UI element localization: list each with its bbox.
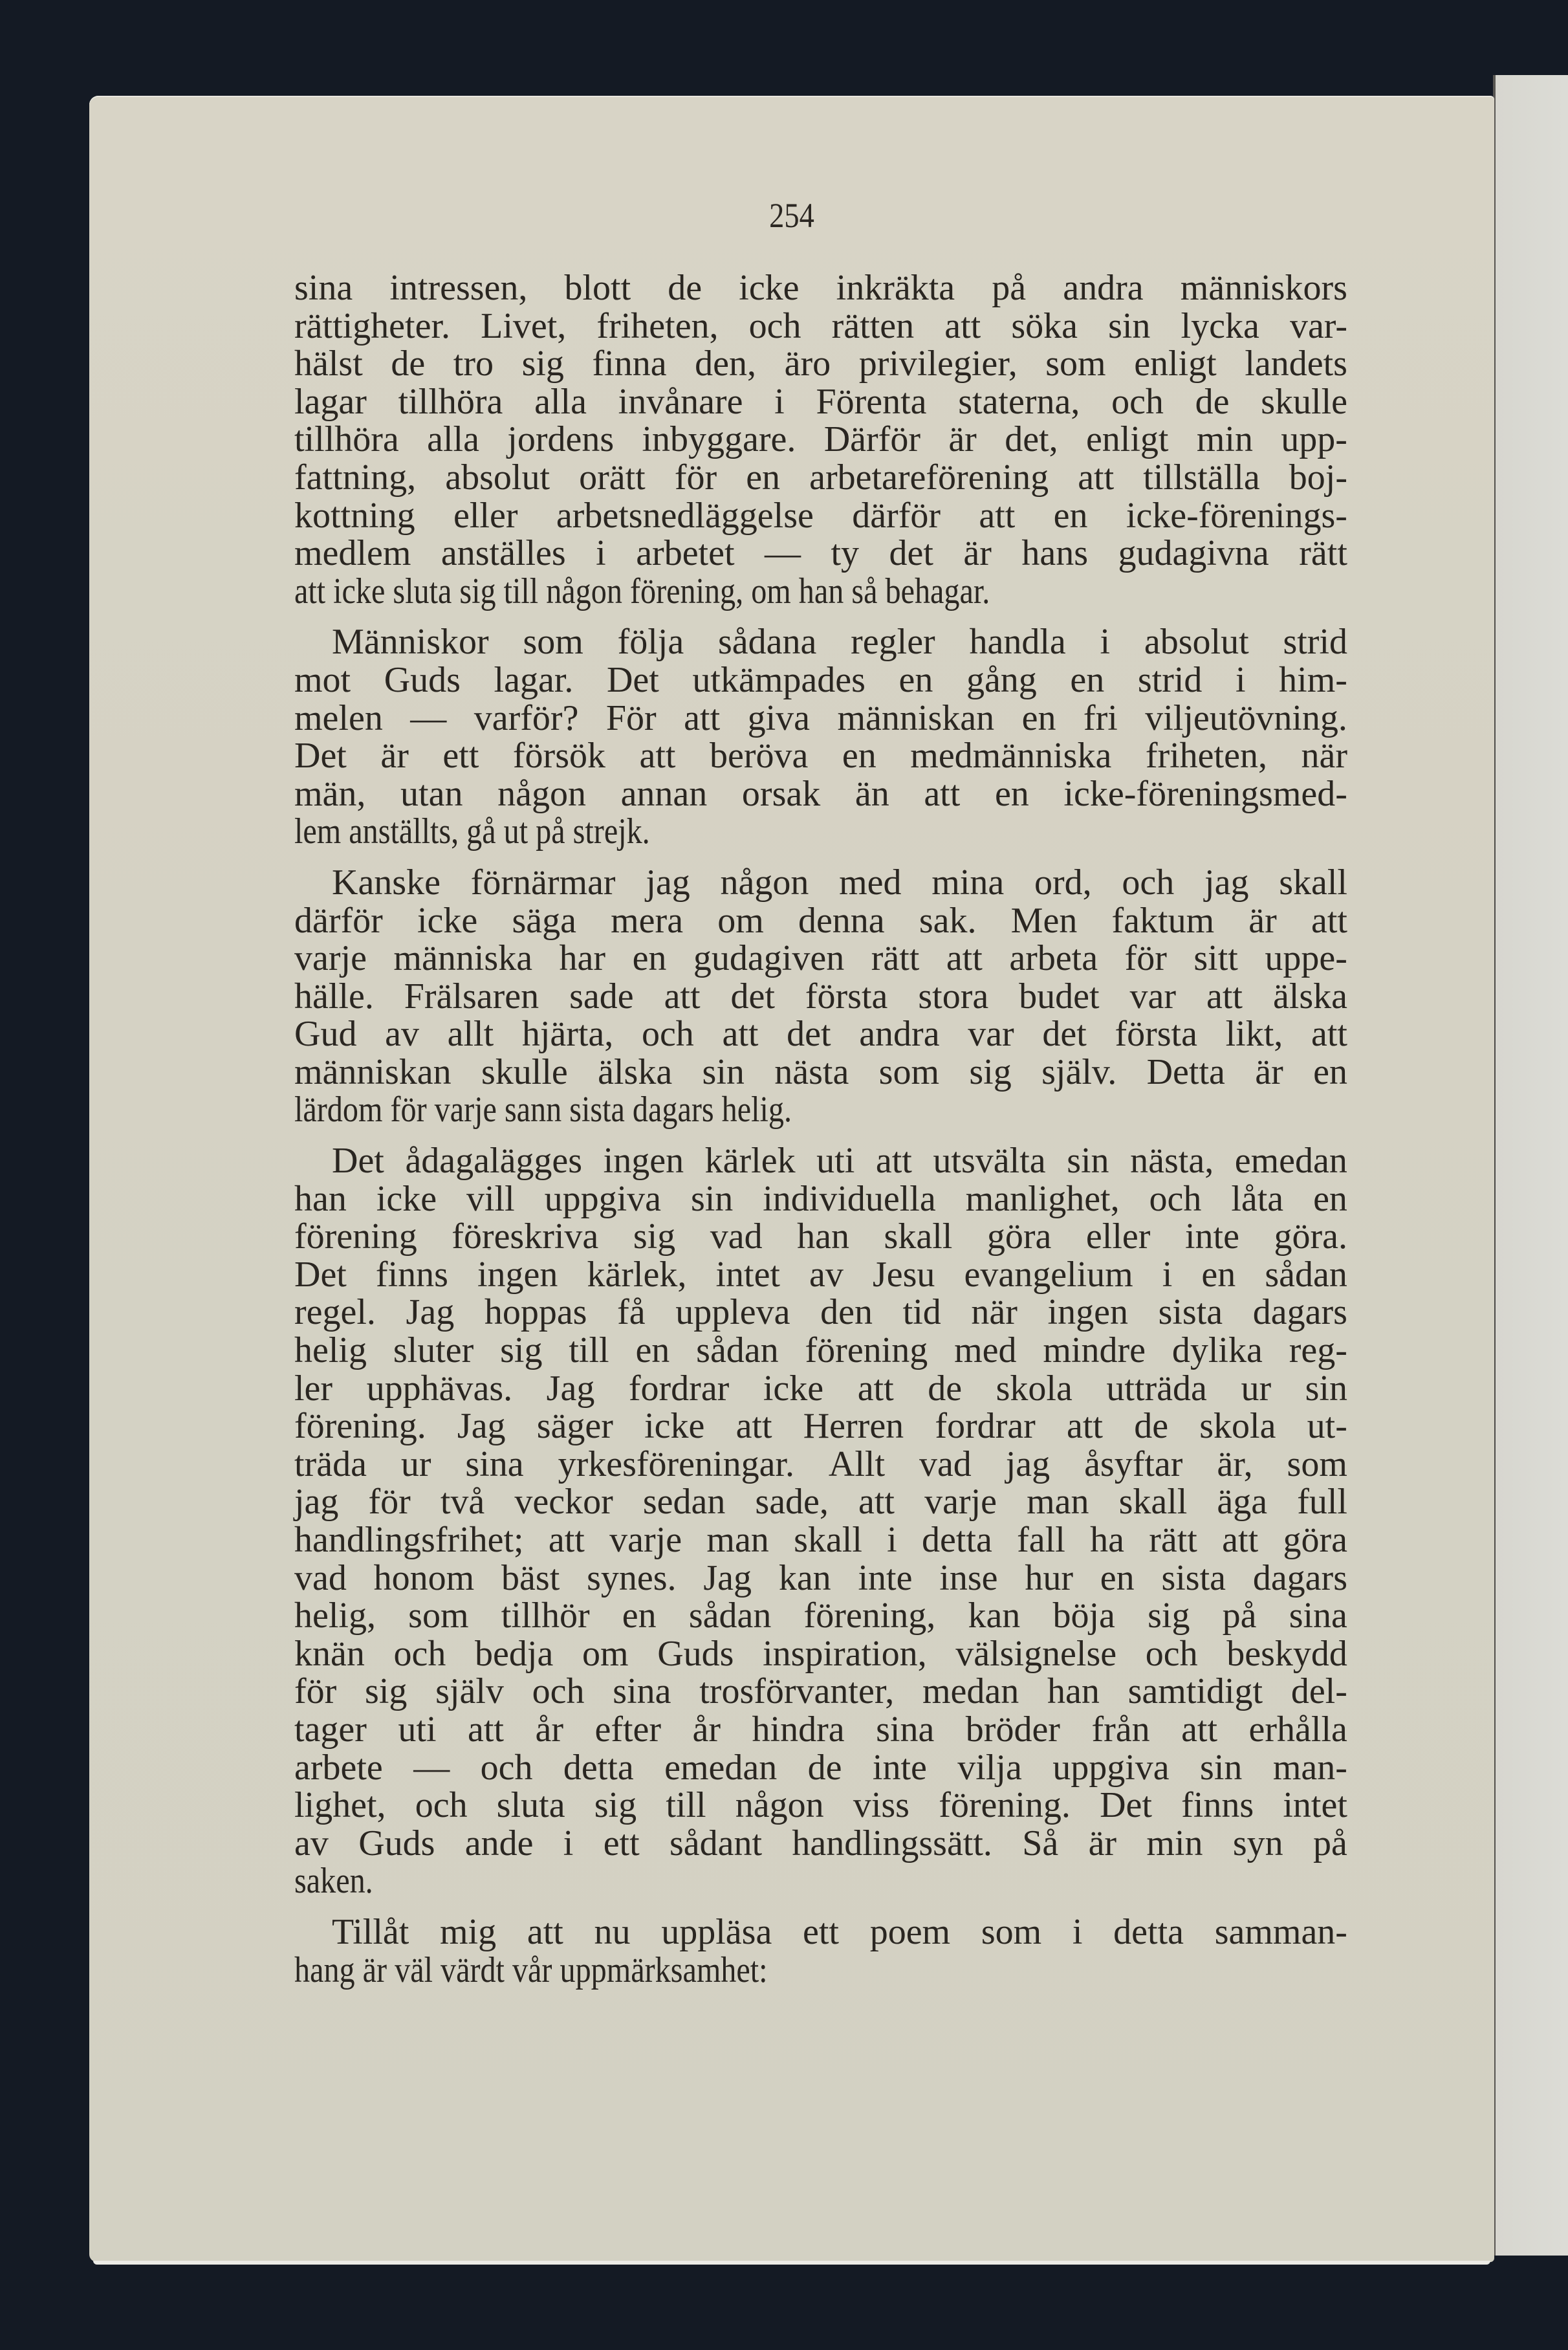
text-line: medlemanställesiarbetet—tydetärhansgudag…: [294, 534, 1347, 573]
text-line: hanickevilluppgivasinindividuellamanligh…: [294, 1180, 1347, 1218]
text-line: motGudslagar.Detutkämpadesengångenstridi…: [294, 661, 1347, 699]
text-line: Människorsomföljasådanareglerhandlaiabso…: [294, 623, 1347, 661]
text-line: kottningellerarbetsnedläggelsedärföratte…: [294, 497, 1347, 535]
text-line: rättigheter.Livet,friheten,ochrättenatts…: [294, 307, 1347, 346]
paragraph: Människorsomföljasådanareglerhandlaiabso…: [294, 623, 1347, 851]
paragraph: Kanskeförnärmarjagnågonmedminaord,ochjag…: [294, 864, 1347, 1129]
text-line: människanskulleälskasinnästasomsigsjälv.…: [294, 1053, 1347, 1092]
text-line: regel.Jaghoppasfåupplevadentidnäringensi…: [294, 1293, 1347, 1332]
text-line: att icke sluta sig till någon förening, …: [294, 573, 1200, 611]
next-page-edge: [1496, 75, 1568, 2256]
text-line: tagerutiattårefterårhindrasinabröderfrån…: [294, 1711, 1347, 1749]
text-line: män,utannågonannanorsakänattenicke-fören…: [294, 775, 1347, 813]
text-line: Kanskeförnärmarjagnågonmedminaord,ochjag…: [294, 864, 1347, 902]
text-line: lagartillhöraallainvånareiFörentastatern…: [294, 383, 1347, 421]
text-line: därförickesägameraomdennasak.Menfaktumär…: [294, 902, 1347, 940]
text-line: förening.JagsägerickeattHerrenfordraratt…: [294, 1407, 1347, 1445]
paragraph: sinaintressen,blottdeickeinkräktapåandra…: [294, 269, 1347, 610]
text-line: föreningföreskrivasigvadhanskallgöraelle…: [294, 1218, 1347, 1256]
text-line: arbete—ochdettaemedandeinteviljauppgivas…: [294, 1749, 1347, 1787]
text-line: vadhonombästsynes.Jagkaninteinsehurensis…: [294, 1559, 1347, 1598]
text-line: hälle.Frälsarensadeattdetförstastorabude…: [294, 978, 1347, 1016]
text-line: Gudavallthjärta,ochattdetandravardetförs…: [294, 1015, 1347, 1053]
text-line: försigsjälvochsinatrosförvanter,medanhan…: [294, 1673, 1347, 1711]
page-bottom-edge: [93, 2261, 1490, 2265]
text-line: Detådagaläggesingenkärlekutiattutsvältas…: [294, 1142, 1347, 1180]
paragraph: Detådagaläggesingenkärlekutiattutsvältas…: [294, 1142, 1347, 1900]
text-line: saken.: [294, 1862, 1200, 1900]
text-line: lerupphävas.Jagfordrarickeattdeskolauttr…: [294, 1370, 1347, 1408]
text-line: Tillåtmigattnuuppläsaettpoemsomidettasam…: [294, 1913, 1347, 1951]
text-line: Detärettförsökattberövaenmedmänniskafrih…: [294, 737, 1347, 775]
text-line: tillhöraallajordensinbyggare.Därförärdet…: [294, 421, 1347, 459]
text-line: knänochbedjaomGudsinspiration,välsignels…: [294, 1635, 1347, 1673]
text-line: lärdom för varje sann sista dagars helig…: [294, 1091, 1200, 1129]
text-line: hang är väl värdt vår uppmärksamhet:: [294, 1951, 1200, 1990]
text-line: hälstdetrosigfinnaden,äroprivilegier,som…: [294, 345, 1347, 383]
text-line: lem anställts, gå ut på strejk.: [294, 813, 1200, 851]
text-line: handlingsfrihet;attvarjemanskallidettafa…: [294, 1521, 1347, 1559]
text-line: varjemänniskaharengudagivenrättattarbeta…: [294, 939, 1347, 978]
page-number: 254: [188, 195, 1396, 236]
body-text: sinaintressen,blottdeickeinkräktapåandra…: [294, 269, 1347, 1989]
text-line: Detfinnsingenkärlek,intetavJesuevangeliu…: [294, 1256, 1347, 1294]
text-line: melen—varför?Förattgivamänniskanenfrivil…: [294, 699, 1347, 738]
text-line: trädaursinayrkesföreningar.Alltvadjagåsy…: [294, 1445, 1347, 1484]
text-line: avGudsandeiettsådanthandlingssätt.Såärmi…: [294, 1825, 1347, 1863]
text-line: fattning,absolutorättförenarbetareföreni…: [294, 459, 1347, 497]
text-line: sinaintressen,blottdeickeinkräktapåandra…: [294, 269, 1347, 307]
text-line: helig,somtillhörensådanförening,kanböjas…: [294, 1597, 1347, 1635]
text-line: lighet,ochslutasigtillnågonvissförening.…: [294, 1786, 1347, 1825]
text-line: jagförtvåveckorsedansade,attvarjemanskal…: [294, 1483, 1347, 1521]
paragraph: Tillåtmigattnuuppläsaettpoemsomidettasam…: [294, 1913, 1347, 1989]
text-line: heligslutersigtillensådanföreningmedmind…: [294, 1332, 1347, 1370]
